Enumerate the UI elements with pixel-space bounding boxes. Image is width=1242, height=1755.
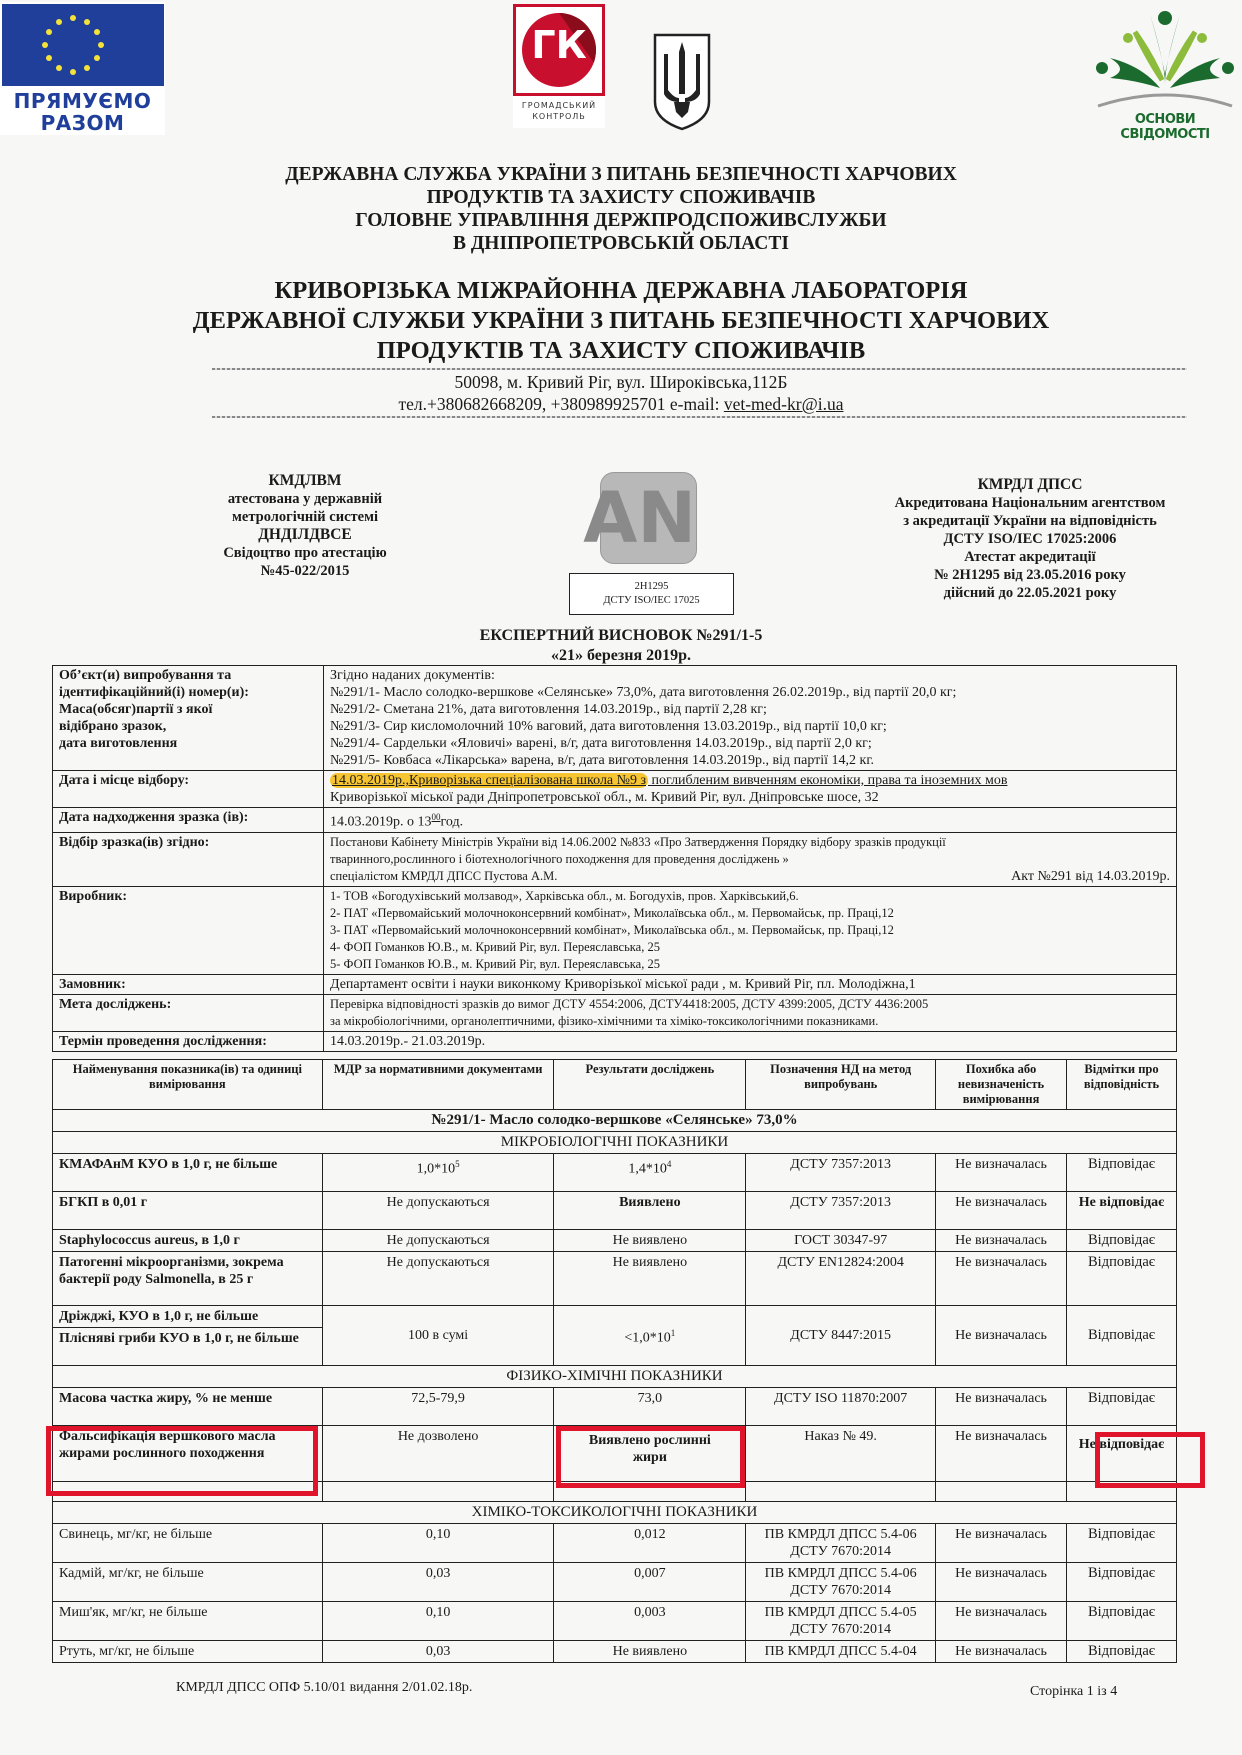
attestation-block: КМДЛВМ атестована у державній метрологіч… — [175, 472, 435, 580]
sample-info-table: Об’єкт(и) випробування таідентифікаційни… — [52, 665, 1177, 1052]
compliance-mark: Відповідає — [1067, 1252, 1177, 1306]
red-annotation-box — [46, 1426, 318, 1496]
table-row: Дата надходження зразка (ів): 14.03.2019… — [53, 808, 1177, 833]
col-header-result: Результати досліджень — [554, 1060, 746, 1110]
table-row: Термін проведення дослідження: 14.03.201… — [53, 1031, 1177, 1051]
lab-address: 50098, м. Кривий Ріг, вул. Широківська,1… — [0, 371, 1242, 415]
table-row: Свинець, мг/кг, не більше 0,10 0,012 ПВ … — [53, 1524, 1177, 1563]
divider — [212, 368, 1187, 370]
producer-list: 1- ТОВ «Богодухівський молзавод», Харків… — [324, 886, 1177, 974]
form-reference: КМРДЛ ДПСС ОПФ 5.10/01 видання 2/01.02.1… — [176, 1680, 472, 1696]
period-label: Термін проведення дослідження: — [53, 1031, 324, 1051]
eu-logo: ПРЯМУЄМО РАЗОМ — [0, 2, 165, 135]
receipt-label: Дата надходження зразка (ів): — [53, 808, 324, 833]
gk-logo-letters: ГК — [522, 23, 596, 67]
compliance-mark: Відповідає — [1067, 1306, 1177, 1366]
compliance-mark: Відповідає — [1067, 1563, 1177, 1602]
selection-value: Постанови Кабінету Міністрів України від… — [324, 832, 1177, 886]
red-annotation-box — [1095, 1432, 1205, 1488]
table-row: Відбір зразка(ів) згідно: Постанови Кабі… — [53, 832, 1177, 886]
compliance-mark-fail: Не відповідає — [1067, 1192, 1177, 1230]
table-row: Миш'як, мг/кг, не більше 0,10 0,003 ПВ К… — [53, 1602, 1177, 1641]
table-row: БГКП в 0,01 г Не допускаються Виявлено Д… — [53, 1192, 1177, 1230]
divider — [212, 416, 1187, 418]
table-row: Патогенні мікроорганізми, зокрема бактер… — [53, 1252, 1177, 1306]
table-row: Дріжджі, КУО в 1,0 г, не більше 100 в су… — [53, 1306, 1177, 1328]
compliance-mark: Відповідає — [1067, 1230, 1177, 1252]
customer-label: Замовник: — [53, 974, 324, 994]
compliance-mark: Відповідає — [1067, 1602, 1177, 1641]
table-header-row: Найменування показника(ів) та одиниці ви… — [53, 1060, 1177, 1110]
osnovy-svidomosti-logo: ОСНОВИ СВІДОМОСТІ — [1090, 4, 1240, 134]
table-row: Масова частка жиру, % не менше 72,5-79,9… — [53, 1388, 1177, 1426]
gk-logo-caption: ГРОМАДСЬКИЙ КОНТРОЛЬ — [513, 100, 605, 122]
accreditation-mark-icon: ИА — [600, 472, 697, 564]
object-label: Об’єкт(и) випробування таідентифікаційни… — [53, 666, 324, 771]
col-header-indicator: Найменування показника(ів) та одиниці ви… — [53, 1060, 323, 1110]
compliance-mark: Відповідає — [1067, 1524, 1177, 1563]
table-row: Мета досліджень: Перевірка відповідності… — [53, 994, 1177, 1031]
table-row: КМАФАнМ КУО в 1,0 г, не більше 1,0*105 1… — [53, 1154, 1177, 1192]
results-table: Найменування показника(ів) та одиниці ви… — [52, 1059, 1177, 1663]
trident-icon — [652, 32, 712, 132]
lab-title: КРИВОРІЗЬКА МІЖРАЙОННА ДЕРЖАВНА ЛАБОРАТО… — [0, 276, 1242, 366]
accreditation-cert-box: 2Н1295 ДСТУ ISO/IEC 17025 — [569, 573, 734, 615]
table-row: Ртуть, мг/кг, не більше 0,03 Не виявлено… — [53, 1641, 1177, 1663]
col-header-error: Похибка або невизначеність вимірювання — [936, 1060, 1067, 1110]
agency-header: ДЕРЖАВНА СЛУЖБА УКРАЇНИ З ПИТАНЬ БЕЗПЕЧН… — [0, 163, 1242, 255]
section-micro: МІКРОБІОЛОГІЧНІ ПОКАЗНИКИ — [53, 1132, 1177, 1154]
table-row: Дата і місце відбору: 14.03.2019р.,Криво… — [53, 771, 1177, 808]
section-phys: ФІЗИКО-ХІМІЧНІ ПОКАЗНИКИ — [53, 1366, 1177, 1388]
compliance-mark: Відповідає — [1067, 1388, 1177, 1426]
section-tox: ХІМІКО-ТОКСИКОЛОГІЧНІ ПОКАЗНИКИ — [53, 1502, 1177, 1524]
red-annotation-box — [556, 1426, 745, 1488]
accreditation-block: КМРДЛ ДПСС Акредитована Національним аге… — [850, 476, 1210, 602]
table-row: Замовник: Департамент освіти і науки вик… — [53, 974, 1177, 994]
selection-label: Відбір зразка(ів) згідно: — [53, 832, 324, 886]
sampling-value: 14.03.2019р.,Криворізька спеціалізована … — [324, 771, 1177, 808]
table-row: Кадмій, мг/кг, не більше 0,03 0,007 ПВ К… — [53, 1563, 1177, 1602]
highlighted-text: 14.03.2019р.,Криворізька спеціалізована … — [330, 773, 648, 788]
eu-logo-text: ПРЯМУЄМО РАЗОМ — [0, 90, 165, 134]
purpose-label: Мета досліджень: — [53, 994, 324, 1031]
table-row: Виробник: 1- ТОВ «Богодухівський молзаво… — [53, 886, 1177, 974]
producer-label: Виробник: — [53, 886, 324, 974]
sampling-label: Дата і місце відбору: — [53, 771, 324, 808]
table-row: Staphylococcus aureus, в 1,0 г Не допуск… — [53, 1230, 1177, 1252]
compliance-mark: Відповідає — [1067, 1154, 1177, 1192]
col-header-mdr: МДР за нормативними документами — [322, 1060, 554, 1110]
conclusion-title: ЕКСПЕРТНИЙ ВИСНОВОК №291/1-5 «21» березн… — [0, 626, 1242, 666]
email-link[interactable]: vet-med-kr@i.ua — [724, 394, 844, 414]
receipt-value: 14.03.2019р. о 1300год. — [324, 808, 1177, 833]
compliance-mark: Відповідає — [1067, 1641, 1177, 1663]
osnovy-logo-text: ОСНОВИ СВІДОМОСТІ — [1090, 112, 1240, 142]
period-value: 14.03.2019р.- 21.03.2019р. — [324, 1031, 1177, 1051]
purpose-value: Перевірка відповідності зразків до вимог… — [324, 994, 1177, 1031]
customer-value: Департамент освіти і науки виконкому Кри… — [324, 974, 1177, 994]
page-number: Сторінка 1 із 4 — [1030, 1684, 1117, 1700]
col-header-mark: Відмітки про відповідність — [1067, 1060, 1177, 1110]
gk-logo: ГК ГРОМАДСЬКИЙ КОНТРОЛЬ — [513, 4, 605, 128]
object-values: Згідно наданих документів:№291/1- Масло … — [324, 666, 1177, 771]
table-row: Об’єкт(и) випробування таідентифікаційни… — [53, 666, 1177, 771]
product-title: №291/1- Масло солодко-вершкове «Селянськ… — [53, 1110, 1177, 1132]
col-header-method: Позначення НД на метод випробувань — [746, 1060, 936, 1110]
eu-flag-icon — [2, 4, 164, 86]
